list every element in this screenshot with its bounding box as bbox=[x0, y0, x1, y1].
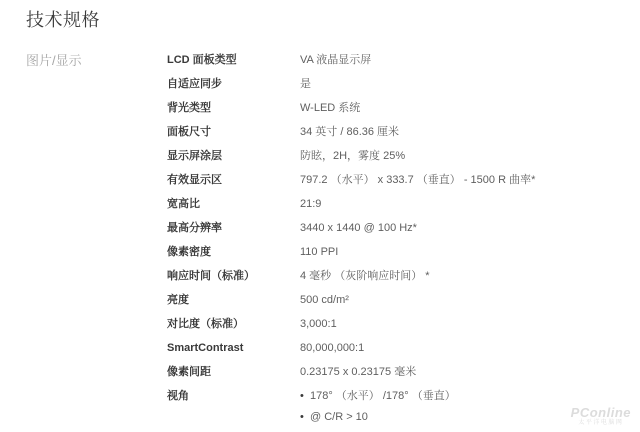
spec-label: 对比度（标准） bbox=[167, 317, 300, 331]
spec-row: LCD 面板类型VA 液晶显示屏 bbox=[167, 53, 626, 67]
spec-row: 自适应同步是 bbox=[167, 77, 626, 91]
spec-row: 最高分辨率3440 x 1440 @ 100 Hz* bbox=[167, 221, 626, 235]
spec-value-line: 4 毫秒 （灰阶响应时间） * bbox=[300, 269, 430, 283]
spec-value: W-LED 系统 bbox=[300, 101, 360, 115]
spec-value-line: 防眩，2H，雾度 25% bbox=[300, 149, 405, 163]
spec-label: 响应时间（标准） bbox=[167, 269, 300, 283]
spec-label: 自适应同步 bbox=[167, 77, 300, 91]
spec-label: 背光类型 bbox=[167, 101, 300, 115]
spec-row: 面板尺寸34 英寸 / 86.36 厘米 bbox=[167, 125, 626, 139]
pconline-watermark: PConline 太平洋电脑网 bbox=[571, 406, 631, 427]
spec-row: 像素密度110 PPI bbox=[167, 245, 626, 259]
spec-value: 4 毫秒 （灰阶响应时间） * bbox=[300, 269, 430, 283]
spec-label: 视角 bbox=[167, 389, 300, 424]
spec-value: 797.2 （水平） x 333.7 （垂直） - 1500 R 曲率* bbox=[300, 173, 535, 187]
spec-value: 34 英寸 / 86.36 厘米 bbox=[300, 125, 399, 139]
spec-value: 是 bbox=[300, 77, 311, 91]
spec-value-line: 3440 x 1440 @ 100 Hz* bbox=[300, 221, 417, 235]
spec-value-line: 797.2 （水平） x 333.7 （垂直） - 1500 R 曲率* bbox=[300, 173, 535, 187]
spec-row: 对比度（标准）3,000:1 bbox=[167, 317, 626, 331]
spec-value: 0.23175 x 0.23175 毫米 bbox=[300, 365, 416, 379]
spec-label: 亮度 bbox=[167, 293, 300, 307]
spec-value: 3440 x 1440 @ 100 Hz* bbox=[300, 221, 417, 235]
spec-row: 背光类型W-LED 系统 bbox=[167, 101, 626, 115]
spec-value: 21:9 bbox=[300, 197, 321, 211]
watermark-caption: 太平洋电脑网 bbox=[571, 420, 631, 427]
spec-row: 视角178° （水平） /178° （垂直）@ C/R > 10 bbox=[167, 389, 626, 424]
spec-value-line: 34 英寸 / 86.36 厘米 bbox=[300, 125, 399, 139]
spec-value-line: W-LED 系统 bbox=[300, 101, 360, 115]
spec-value-line: 80,000,000:1 bbox=[300, 341, 364, 355]
spec-label: 像素间距 bbox=[167, 365, 300, 379]
spec-row: 响应时间（标准）4 毫秒 （灰阶响应时间） * bbox=[167, 269, 626, 283]
spec-value: 500 cd/m² bbox=[300, 293, 349, 307]
spec-row: SmartContrast80,000,000:1 bbox=[167, 341, 626, 355]
spec-row: 像素间距0.23175 x 0.23175 毫米 bbox=[167, 365, 626, 379]
spec-value: 178° （水平） /178° （垂直）@ C/R > 10 bbox=[300, 389, 456, 424]
spec-value: 3,000:1 bbox=[300, 317, 337, 331]
spec-value-line: 3,000:1 bbox=[300, 317, 337, 331]
spec-value-line: 21:9 bbox=[300, 197, 321, 211]
specs-section: 图片/显示 LCD 面板类型VA 液晶显示屏自适应同步是背光类型W-LED 系统… bbox=[26, 53, 626, 432]
spec-value-line: @ C/R > 10 bbox=[300, 410, 456, 424]
spec-value-line: 是 bbox=[300, 77, 311, 91]
spec-label: 面板尺寸 bbox=[167, 125, 300, 139]
spec-value: VA 液晶显示屏 bbox=[300, 53, 371, 67]
spec-label: 像素密度 bbox=[167, 245, 300, 259]
spec-label: 宽高比 bbox=[167, 197, 300, 211]
spec-value: 110 PPI bbox=[300, 245, 338, 259]
spec-label: LCD 面板类型 bbox=[167, 53, 300, 67]
watermark-brand: PConline bbox=[571, 406, 631, 419]
spec-value-line: VA 液晶显示屏 bbox=[300, 53, 371, 67]
spec-label: 有效显示区 bbox=[167, 173, 300, 187]
spec-row: 有效显示区797.2 （水平） x 333.7 （垂直） - 1500 R 曲率… bbox=[167, 173, 626, 187]
spec-value-line: 500 cd/m² bbox=[300, 293, 349, 307]
spec-row: 亮度500 cd/m² bbox=[167, 293, 626, 307]
spec-value-line: 110 PPI bbox=[300, 245, 338, 259]
spec-value-line: 0.23175 x 0.23175 毫米 bbox=[300, 365, 416, 379]
spec-label: SmartContrast bbox=[167, 341, 300, 355]
spec-value-line: 178° （水平） /178° （垂直） bbox=[300, 389, 456, 403]
spec-value: 80,000,000:1 bbox=[300, 341, 364, 355]
spec-value: 防眩，2H，雾度 25% bbox=[300, 149, 405, 163]
spec-table: LCD 面板类型VA 液晶显示屏自适应同步是背光类型W-LED 系统面板尺寸34… bbox=[167, 53, 626, 432]
page-title: 技术规格 bbox=[26, 9, 100, 31]
section-label: 图片/显示 bbox=[26, 53, 167, 432]
spec-label: 显示屏涂层 bbox=[167, 149, 300, 163]
spec-label: 最高分辨率 bbox=[167, 221, 300, 235]
spec-row: 显示屏涂层防眩，2H，雾度 25% bbox=[167, 149, 626, 163]
spec-row: 宽高比21:9 bbox=[167, 197, 626, 211]
